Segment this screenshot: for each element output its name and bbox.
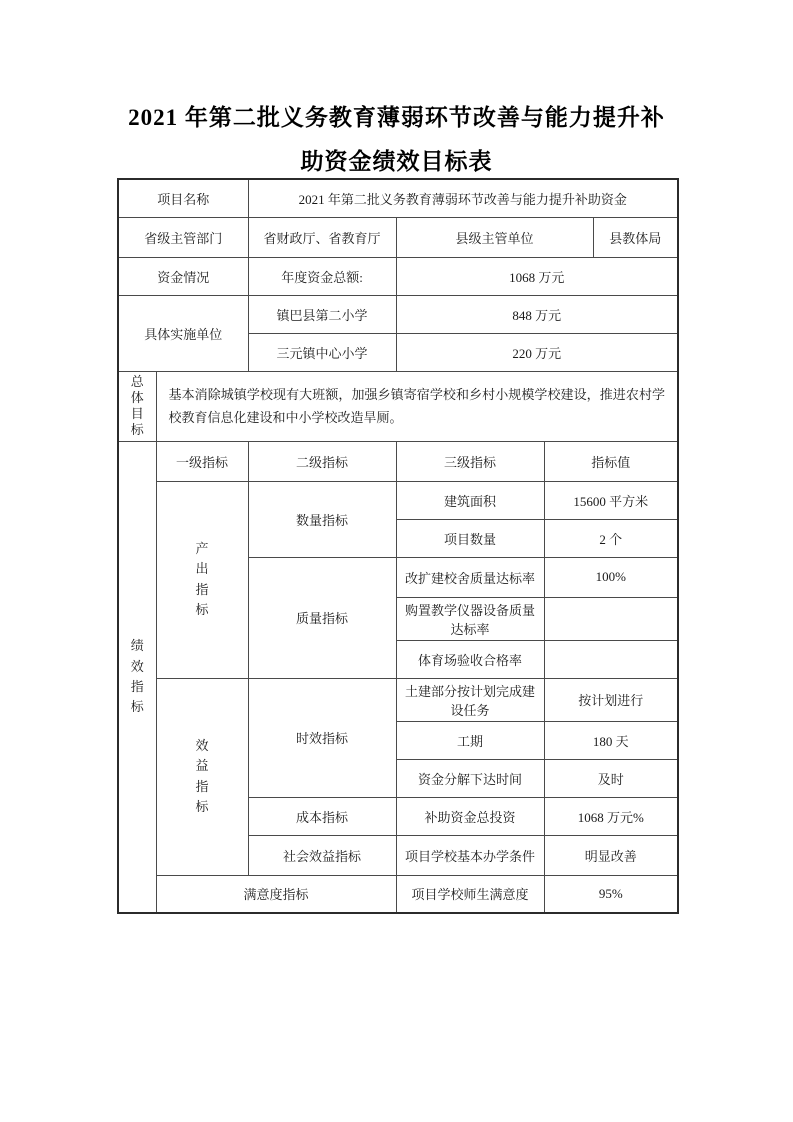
table-row: 省级主管部门 省财政厅、省教育厅 县级主管单位 县教体局 [118,217,678,257]
indicator-value: 1068 万元% [544,797,678,835]
level2-quantity-label: 数量指标 [248,481,396,557]
doc-title-line-1: 2021 年第二批义务教育薄弱环节改善与能力提升补 [0,96,793,140]
indicator-name: 项目学校师生满意度 [396,875,544,913]
indicator-value: 15600 平方米 [544,481,678,519]
provincial-dept-value: 省财政厅、省教育厅 [248,217,396,257]
indicator-name: 补助资金总投资 [396,797,544,835]
indicator-name: 项目学校基本办学条件 [396,835,544,875]
county-unit-value: 县教体局 [593,217,678,257]
performance-section-label-text: 绩效指标 [130,636,144,717]
provincial-dept-label: 省级主管部门 [118,217,248,257]
satisfaction-label: 满意度指标 [156,875,396,913]
level2-quality-label: 质量指标 [248,557,396,678]
header-level3: 三级指标 [396,441,544,481]
indicator-name: 土建部分按计划完成建设任务 [396,678,544,721]
table-row: 项目名称 2021 年第二批义务教育薄弱环节改善与能力提升补助资金 [118,179,678,217]
unit-amount: 220 万元 [396,333,678,371]
annual-total-value: 1068 万元 [396,257,678,295]
table-row: 产出指标 数量指标 建筑面积 15600 平方米 [118,481,678,519]
overall-goal-text: 基本消除城镇学校现有大班额，加强乡镇寄宿学校和乡村小规模学校建设，推进农村学校教… [156,371,678,441]
header-value: 指标值 [544,441,678,481]
indicator-value: 及时 [544,759,678,797]
level1-benefit-label: 效益指标 [156,678,248,875]
indicator-value [544,640,678,678]
project-name-value: 2021 年第二批义务教育薄弱环节改善与能力提升补助资金 [248,179,678,217]
funding-label: 资金情况 [118,257,248,295]
level2-social-label: 社会效益指标 [248,835,396,875]
unit-name: 三元镇中心小学 [248,333,396,371]
indicator-value: 95% [544,875,678,913]
level2-cost-label: 成本指标 [248,797,396,835]
county-unit-label: 县级主管单位 [396,217,593,257]
indicator-name: 改扩建校舍质量达标率 [396,557,544,597]
level1-output-label-text: 产出指标 [195,539,209,620]
project-name-label: 项目名称 [118,179,248,217]
performance-section-label: 绩效指标 [118,441,156,913]
table-row: 绩效指标 一级指标 二级指标 三级指标 指标值 [118,441,678,481]
level1-output-label: 产出指标 [156,481,248,678]
table-row: 资金情况 年度资金总额: 1068 万元 [118,257,678,295]
performance-target-table: 项目名称 2021 年第二批义务教育薄弱环节改善与能力提升补助资金 省级主管部门… [117,178,679,914]
indicator-name: 资金分解下达时间 [396,759,544,797]
unit-amount: 848 万元 [396,295,678,333]
indicator-name: 购置教学仪器设备质量达标率 [396,597,544,640]
implementing-unit-label: 具体实施单位 [118,295,248,371]
annual-total-label: 年度资金总额: [248,257,396,295]
level2-timeliness-label: 时效指标 [248,678,396,797]
indicator-value: 180 天 [544,721,678,759]
table-row: 效益指标 时效指标 土建部分按计划完成建设任务 按计划进行 [118,678,678,721]
doc-title: 2021 年第二批义务教育薄弱环节改善与能力提升补 助资金绩效目标表 [0,96,793,184]
header-level2: 二级指标 [248,441,396,481]
table-row: 总体目标 基本消除城镇学校现有大班额，加强乡镇寄宿学校和乡村小规模学校建设，推进… [118,371,678,441]
table-row: 满意度指标 项目学校师生满意度 95% [118,875,678,913]
indicator-name: 项目数量 [396,519,544,557]
indicator-value [544,597,678,640]
table-row: 具体实施单位 镇巴县第二小学 848 万元 [118,295,678,333]
indicator-value: 明显改善 [544,835,678,875]
indicator-value: 100% [544,557,678,597]
header-level1: 一级指标 [156,441,248,481]
indicator-name: 建筑面积 [396,481,544,519]
unit-name: 镇巴县第二小学 [248,295,396,333]
indicator-value: 2 个 [544,519,678,557]
indicator-name: 体育场验收合格率 [396,640,544,678]
indicator-name: 工期 [396,721,544,759]
indicator-value: 按计划进行 [544,678,678,721]
level1-benefit-label-text: 效益指标 [195,736,209,817]
overall-goal-label-text: 总体目标 [130,374,144,439]
overall-goal-label: 总体目标 [118,371,156,441]
